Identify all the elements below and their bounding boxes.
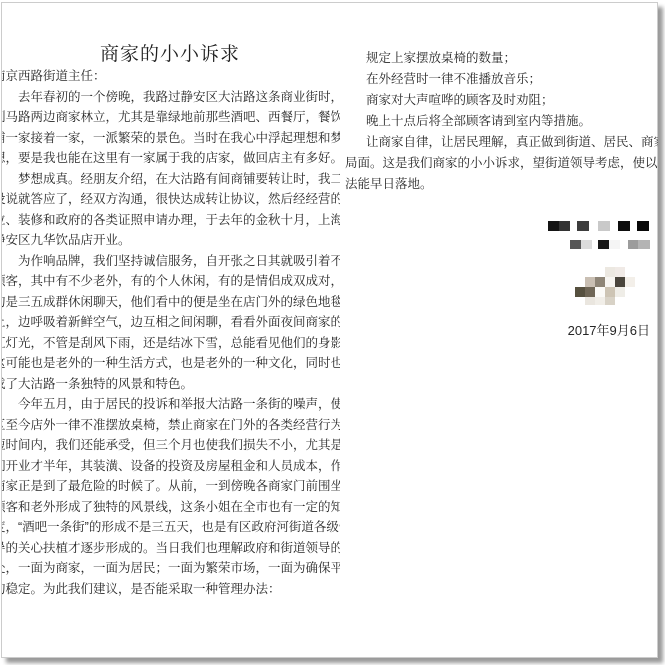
redaction-block bbox=[637, 221, 649, 231]
letter-left-column: 南京西路街道主任： 去年春初的一个傍晚，我路过静安区大沽路这条商业街时，看到马路… bbox=[2, 66, 340, 626]
letter-line: 梦想成真。经朋友介绍，在大沽路有间商铺要转让时，我二话 bbox=[2, 169, 340, 190]
letter-line: 这可能也是老外的一种生活方式，也是老外的一种文化，同时也形 bbox=[2, 353, 340, 374]
right-column-lines: 规定上家摆放桌椅的数量；在外经营时一律不准播放音乐；商家对大声喧哗的顾客及时劝阻… bbox=[345, 48, 658, 195]
letter-line: 商家正是到了最危险的时候了。从前，一到傍晚各商家门前围坐着 bbox=[2, 476, 340, 497]
letter-line: 顾客，其中有不少老外，有的个人休闲，有的是情侣成双成对，有 bbox=[2, 271, 340, 292]
signature-mosaic-cell bbox=[605, 277, 615, 287]
letter-salutation: 南京西路街道主任： bbox=[2, 66, 340, 87]
redaction-block bbox=[598, 240, 609, 249]
letter-line: 区至今店外一律不准摆放桌椅，禁止商家在门外的各类经营行为。 bbox=[2, 415, 340, 436]
signature-mosaic-cell bbox=[625, 277, 635, 287]
letter-line: 去年春初的一个傍晚，我路过静安区大沽路这条商业街时，看 bbox=[2, 87, 340, 108]
letter-line: 上，边呼吸着新鲜空气，边互相之间闲聊，看看外面夜间商家的霓 bbox=[2, 312, 340, 333]
letter-line: 的稳定。为此我们建议，是否能采取一种管理办法： bbox=[2, 579, 340, 600]
signature-mosaic-cell bbox=[615, 287, 625, 297]
letter-line: 没说就答应了，经双方沟通，很快达成转让协议，然后经经营的定 bbox=[2, 189, 340, 210]
letter-line: 今年五月，由于居民的投诉和举报大沽路一条街的噪声，使得 bbox=[2, 394, 340, 415]
letter-line: 度，“酒吧一条街”的形成不是三五天，也是有区政府河街道各级领 bbox=[2, 517, 340, 538]
letter-line: 规定上家摆放桌椅的数量； bbox=[345, 48, 658, 69]
letter-line: 虹灯光，不管是刮风下雨，还是结冰下雪，总能看见他们的身影， bbox=[2, 333, 340, 354]
signature-mosaic-cell bbox=[595, 287, 605, 297]
signature-mosaic-cell bbox=[595, 277, 605, 287]
signature-mosaic-cell bbox=[575, 287, 585, 297]
redaction-block bbox=[570, 240, 581, 249]
redaction-block bbox=[577, 221, 589, 231]
signature-mosaic-cell bbox=[615, 267, 625, 277]
redaction-block bbox=[618, 221, 630, 231]
letter-line: 局面。这是我们商家的小小诉求，望街道领导考虑，使以上管理办 bbox=[345, 153, 658, 174]
letter-line: 位、装修和政府的各类证照申请办理，于去年的金秋十月，上海市 bbox=[2, 210, 340, 231]
letter-line: 让商家自律，让居民理解，真正做到街道、居民、商家三方 bbox=[345, 132, 658, 153]
letter-right-column: 规定上家摆放桌椅的数量；在外经营时一律不准播放音乐；商家对大声喧哗的顾客及时劝阻… bbox=[345, 48, 658, 208]
redaction-block bbox=[628, 240, 638, 249]
letter-line: 们开业才半年，其装潢、设备的投资及房屋租金和人员成本，作为 bbox=[2, 456, 340, 477]
redaction-block bbox=[581, 240, 592, 249]
letter-date: 2017年9月6日 bbox=[480, 320, 650, 339]
letter-line: 处，一面为商家，一面为居民；一面为繁荣市场，一面为确保平安 bbox=[2, 558, 340, 579]
signature-mosaic-cell bbox=[615, 277, 625, 287]
left-column-lines: 去年春初的一个傍晚，我路过静安区大沽路这条商业街时，看到马路两边商家林立，尤其是… bbox=[2, 87, 340, 600]
letter-title: 商家的小小诉求 bbox=[0, 39, 340, 66]
letter-line: 静安区九华饮品店开业。 bbox=[2, 230, 340, 251]
signature-mosaic-cell bbox=[605, 267, 615, 277]
signature-mosaic-cell bbox=[585, 287, 595, 297]
letter-line: 商家对大声喧哗的顾客及时劝阻； bbox=[345, 90, 658, 111]
signature-mosaic-cell bbox=[585, 277, 595, 287]
signature-mosaic-cell bbox=[595, 297, 605, 305]
letter-line: 想，要是我也能在这里有一家属于我的店家，做回店主有多好。 bbox=[2, 148, 340, 169]
letter-line: 导的关心扶植才逐步形成的。当日我们也理解政府和街道领导的难 bbox=[2, 538, 340, 559]
letter-line: 顾客和老外形成了独特的风景线，这条小姐在全市也有一定的知名 bbox=[2, 497, 340, 518]
signature-mosaic-cell bbox=[605, 287, 615, 297]
letter-line: 在外经营时一律不准播放音乐； bbox=[345, 69, 658, 90]
redaction-block bbox=[548, 221, 559, 231]
redaction-block bbox=[638, 240, 650, 249]
redaction-block bbox=[559, 221, 570, 231]
redaction-block bbox=[598, 221, 610, 231]
letter-line: 成了大沽路一条独特的风景和特色。 bbox=[2, 374, 340, 395]
letter-line: 的是三五成群休闲聊天，他们看中的便是坐在店门外的绿色地毯 bbox=[2, 292, 340, 313]
letter-line: 法能早日落地。 bbox=[345, 174, 658, 195]
scanned-letter-screenshot: { "document": { "title": "商家的小小诉求", "sal… bbox=[0, 0, 665, 665]
redaction-block bbox=[609, 240, 620, 249]
letter-line: 到马路两边商家林立，尤其是靠绿地前那些酒吧、西餐厅，餐饮店 bbox=[2, 107, 340, 128]
signature-mosaic-cell bbox=[585, 297, 595, 305]
letter-line: 为作响品牌，我们坚持诚信服务，自开张之日其就吸引着不少 bbox=[2, 251, 340, 272]
letter-line: 短时间内，我们还能承受，但三个月也使我们损失不小，尤其是我 bbox=[2, 435, 340, 456]
letter-line: 晚上十点后将全部顾客请到室内等措施。 bbox=[345, 111, 658, 132]
letter-line: 铺一家接着一家，一派繁荣的景色。当时在我心中浮起理想和梦 bbox=[2, 128, 340, 149]
signature-mosaic-cell bbox=[605, 297, 615, 305]
